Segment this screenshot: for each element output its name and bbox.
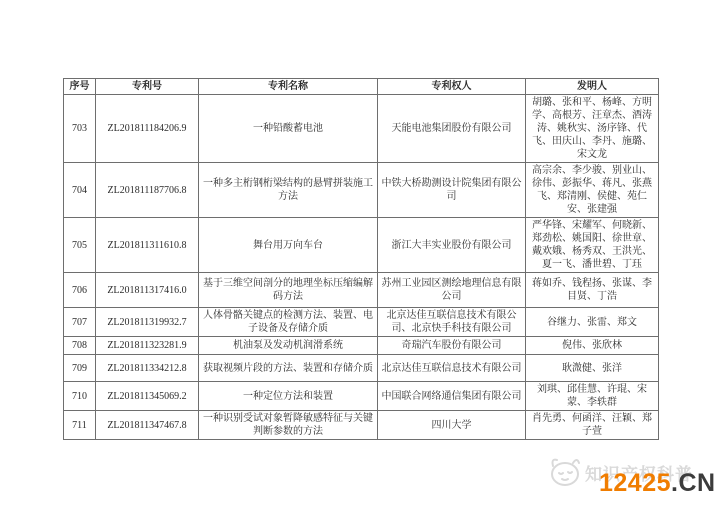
cell-patentee: 苏州工业园区测绘地理信息有限公司 xyxy=(378,273,526,308)
table-row: 705ZL201811311610.8舞台用万向车台浙江大丰实业股份有限公司严华… xyxy=(64,218,659,273)
column-header-patent-no: 专利号 xyxy=(96,79,199,95)
cell-title: 获取视频片段的方法、装置和存储介质 xyxy=(199,355,378,382)
cell-patent-no: ZL201811345069.2 xyxy=(96,382,199,411)
column-header-title: 专利名称 xyxy=(199,79,378,95)
cell-patentee: 天能电池集团股份有限公司 xyxy=(378,95,526,163)
patent-table: 序号 专利号 专利名称 专利权人 发明人 703ZL201811184206.9… xyxy=(63,78,659,440)
site-url: 12425.CN xyxy=(599,469,716,498)
table-row: 710ZL201811345069.2一种定位方法和装置中国联合网络通信集团有限… xyxy=(64,382,659,411)
cell-inventors: 肖先勇、何函洋、汪颖、郑子萱 xyxy=(526,411,659,440)
cell-patentee: 北京达佳互联信息技术有限公司、北京快手科技有限公司 xyxy=(378,308,526,337)
table-row: 703ZL201811184206.9一种铅酸蓄电池天能电池集团股份有限公司胡璐… xyxy=(64,95,659,163)
mascot-logo-icon xyxy=(547,454,583,490)
patent-table-body: 703ZL201811184206.9一种铅酸蓄电池天能电池集团股份有限公司胡璐… xyxy=(64,95,659,440)
cell-no: 708 xyxy=(64,337,96,355)
cell-title: 一种定位方法和装置 xyxy=(199,382,378,411)
cell-patent-no: ZL201811347467.8 xyxy=(96,411,199,440)
cell-patent-no: ZL201811319932.7 xyxy=(96,308,199,337)
cell-no: 710 xyxy=(64,382,96,411)
site-watermark: 知识产权科普 12425.CN xyxy=(547,452,717,504)
cell-patent-no: ZL201811334212.8 xyxy=(96,355,199,382)
cell-inventors: 倪伟、张欣林 xyxy=(526,337,659,355)
cell-title: 机油泵及发动机润滑系统 xyxy=(199,337,378,355)
column-header-no: 序号 xyxy=(64,79,96,95)
cell-patentee: 北京达佳互联信息技术有限公司 xyxy=(378,355,526,382)
site-url-tld: .CN xyxy=(671,469,716,497)
cell-inventors: 耿溦健、张洋 xyxy=(526,355,659,382)
cell-inventors: 蒋如乔、钱程扬、张谋、李目贤、丁浩 xyxy=(526,273,659,308)
table-row: 709ZL201811334212.8获取视频片段的方法、装置和存储介质北京达佳… xyxy=(64,355,659,382)
patent-table-header: 序号 专利号 专利名称 专利权人 发明人 xyxy=(64,79,659,95)
table-row: 711ZL201811347467.8一种识别受试对象暂降敏感特征与关键判断参数… xyxy=(64,411,659,440)
cell-title: 人体骨骼关键点的检测方法、装置、电子设备及存储介质 xyxy=(199,308,378,337)
cell-patentee: 中铁大桥勘测设计院集团有限公司 xyxy=(378,163,526,218)
cell-inventors: 刘琪、邱佳慧、许琨、宋蒙、李轶群 xyxy=(526,382,659,411)
cell-no: 711 xyxy=(64,411,96,440)
cell-no: 706 xyxy=(64,273,96,308)
header-row: 序号 专利号 专利名称 专利权人 发明人 xyxy=(64,79,659,95)
site-url-number: 12425 xyxy=(599,469,671,497)
cell-patent-no: ZL201811317416.0 xyxy=(96,273,199,308)
cell-patent-no: ZL201811187706.8 xyxy=(96,163,199,218)
cell-inventors: 胡璐、张和平、杨峰、方明学、高根芳、汪章杰、酒涛涛、姚秋实、汤序锋、代飞、田庆山… xyxy=(526,95,659,163)
cell-inventors: 谷继力、张雷、郑文 xyxy=(526,308,659,337)
cell-patentee: 四川大学 xyxy=(378,411,526,440)
cell-title: 一种多主桁钢桁梁结构的悬臂拼装施工方法 xyxy=(199,163,378,218)
cell-patent-no: ZL201811311610.8 xyxy=(96,218,199,273)
cell-title: 一种识别受试对象暂降敏感特征与关键判断参数的方法 xyxy=(199,411,378,440)
cell-inventors: 严华锋、宋耀军、何晓新、郑劲松、姚国阳、徐世章、戴欢娥、杨秀双、王洪光、夏一飞、… xyxy=(526,218,659,273)
cell-patentee: 奇瑞汽车股份有限公司 xyxy=(378,337,526,355)
column-header-inventors: 发明人 xyxy=(526,79,659,95)
cell-patent-no: ZL201811184206.9 xyxy=(96,95,199,163)
cell-patentee: 中国联合网络通信集团有限公司 xyxy=(378,382,526,411)
column-header-patentee: 专利权人 xyxy=(378,79,526,95)
cell-title: 舞台用万向车台 xyxy=(199,218,378,273)
cell-title: 基于三维空间剖分的地理坐标压缩编解码方法 xyxy=(199,273,378,308)
cell-inventors: 高宗余、李少骏、别业山、徐伟、彭振华、蒋凡、张燕飞、郑清刚、侯健、苑仁安、张建强 xyxy=(526,163,659,218)
table-row: 706ZL201811317416.0基于三维空间剖分的地理坐标压缩编解码方法苏… xyxy=(64,273,659,308)
cell-no: 709 xyxy=(64,355,96,382)
cell-no: 703 xyxy=(64,95,96,163)
cell-no: 704 xyxy=(64,163,96,218)
cell-no: 707 xyxy=(64,308,96,337)
cell-title: 一种铅酸蓄电池 xyxy=(199,95,378,163)
cell-patentee: 浙江大丰实业股份有限公司 xyxy=(378,218,526,273)
table-row: 708ZL201811323281.9机油泵及发动机润滑系统奇瑞汽车股份有限公司… xyxy=(64,337,659,355)
document-page: 序号 专利号 专利名称 专利权人 发明人 703ZL201811184206.9… xyxy=(0,0,720,509)
cell-no: 705 xyxy=(64,218,96,273)
cell-patent-no: ZL201811323281.9 xyxy=(96,337,199,355)
table-row: 704ZL201811187706.8一种多主桁钢桁梁结构的悬臂拼装施工方法中铁… xyxy=(64,163,659,218)
table-row: 707ZL201811319932.7人体骨骼关键点的检测方法、装置、电子设备及… xyxy=(64,308,659,337)
